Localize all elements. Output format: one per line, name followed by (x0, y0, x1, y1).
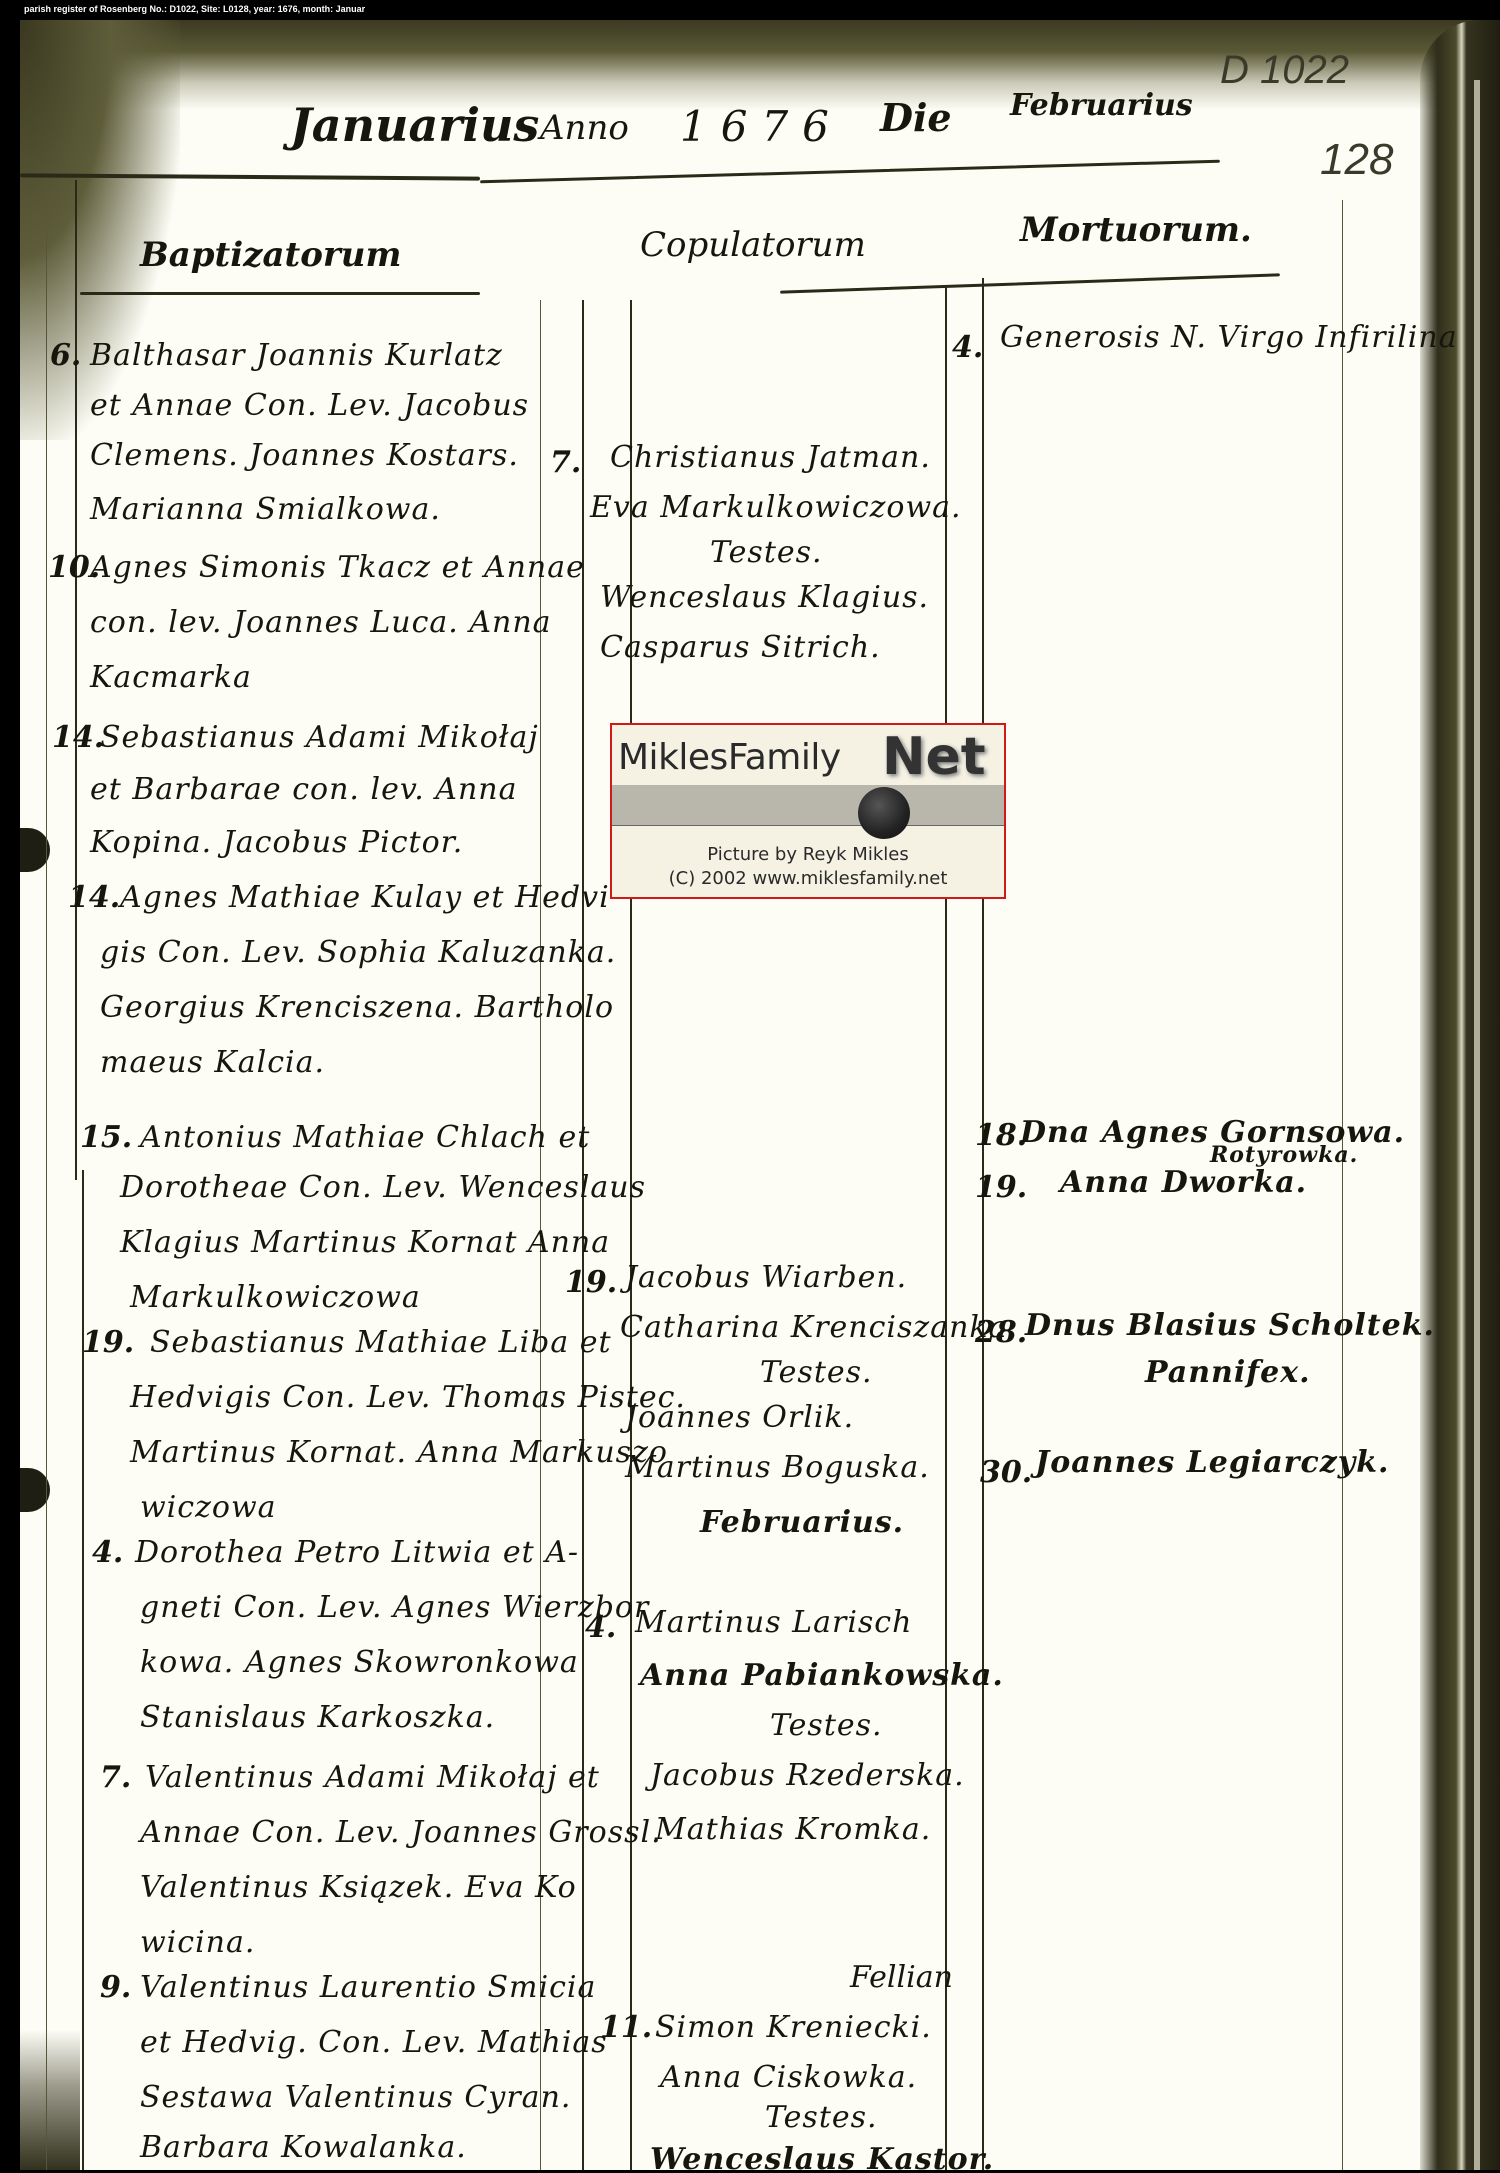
correction-note: Fellian (850, 1960, 953, 1995)
binding-highlight (1474, 80, 1480, 2170)
entry-line: et Barbarae con. lev. Anna (90, 772, 517, 807)
entry-line: Kacmarka (90, 660, 252, 695)
entry-line: gneti Con. Lev. Agnes Wierzbor (140, 1590, 649, 1625)
entry-line: Balthasar Joannis Kurlatz (90, 338, 503, 373)
entry-line: Valentinus Adami Mikołaj et (145, 1760, 600, 1795)
entry-line: Sestawa Valentinus Cyran. (140, 2080, 571, 2115)
entry-line: Kopina. Jacobus Pictor. (90, 825, 463, 860)
entry-day: 28. (975, 1315, 1027, 1350)
entry-line: Georgius Krenciszena. Bartholo (100, 990, 614, 1025)
entry-line: Markulkowiczowa (130, 1280, 421, 1315)
entry-line: wiczowa (140, 1490, 277, 1525)
entry-line: Agnes Mathiae Kulay et Hedvi (120, 880, 610, 915)
entry-line: Dnus Blasius Scholtek. (1025, 1308, 1435, 1343)
column-divider (1342, 200, 1343, 2170)
column-rule (80, 292, 480, 295)
archive-code: D 1022 (1220, 48, 1349, 93)
watermark-credit-line2: (C) 2002 www.miklesfamily.net (612, 867, 1004, 891)
column-rule (780, 273, 1280, 293)
entry-line: Generosis N. Virgo Infirilina (1000, 320, 1458, 355)
entry-line: Joannes Orlik. (625, 1400, 854, 1435)
entry-line: maeus Kalcia. (100, 1045, 325, 1080)
entry-line: Stanislaus Karkoszka. (140, 1700, 495, 1735)
entry-line: Clemens. Joannes Kostars. (90, 438, 519, 473)
entry-line: Testes. (765, 2100, 878, 2135)
column-divider (982, 278, 984, 2170)
entry-day: 19. (565, 1265, 617, 1300)
header-month: Januarius (290, 98, 539, 152)
page-number: 128 (1320, 135, 1393, 185)
entry-line: Pannifex. (1145, 1355, 1311, 1390)
entry-line: Antonius Mathiae Chlach et (140, 1120, 590, 1155)
margin-line (75, 180, 77, 1180)
entry-line: Christianus Jatman. (610, 440, 931, 475)
page-corner-shadow-bottom (20, 2030, 80, 2170)
entry-line: con. lev. Joannes Luca. Anna (90, 605, 552, 640)
column-header-deaths: Mortuorum. (1020, 210, 1252, 250)
copyright-watermark: MiklesFamily Net Picture by Reyk Mikles … (610, 723, 1006, 899)
entry-day: 15. (80, 1120, 132, 1155)
entry-line: Joannes Legiarczyk. (1035, 1445, 1389, 1480)
entry-line: Testes. (770, 1708, 883, 1743)
register-page: Januarius Anno 1676 Die Februarius D 102… (20, 20, 1500, 2170)
entry-day: 7. (100, 1760, 131, 1795)
entry-day: 6. (50, 338, 81, 373)
entry-day: 4. (952, 330, 983, 365)
watermark-credit-line1: Picture by Reyk Mikles (612, 843, 1004, 867)
column-header-marriages: Copulatorum (640, 225, 866, 265)
margin-line (46, 180, 47, 2170)
header-year: 1676 (680, 102, 843, 151)
entry-day: 14. (52, 720, 104, 755)
entry-line: Anna Dworka. (1060, 1165, 1307, 1200)
entry-day: 4. (585, 1610, 616, 1645)
section-heading-februarius: Februarius. (700, 1505, 904, 1540)
entry-line: Klagius Martinus Kornat Anna (120, 1225, 610, 1260)
entry-line: Annae Con. Lev. Joannes Grossl. (140, 1815, 662, 1850)
entry-line: Eva Markulkowiczowa. (590, 490, 962, 525)
column-header-baptisms: Baptizatorum (140, 235, 402, 275)
entry-day: 19. (975, 1170, 1027, 1205)
entry-day: 4. (92, 1535, 123, 1570)
header-die: Die (880, 95, 952, 140)
entry-line: Barbara Kowalanka. (140, 2130, 467, 2165)
header-anno: Anno (540, 108, 629, 148)
entry-line: kowa. Agnes Skowronkowa (140, 1645, 579, 1680)
entry-line: et Annae Con. Lev. Jacobus (90, 388, 529, 423)
entry-line: Marianna Smialkowa. (90, 492, 441, 527)
watermark-credit: Picture by Reyk Mikles (C) 2002 www.mikl… (612, 843, 1004, 891)
entry-line: gis Con. Lev. Sophia Kaluzanka. (100, 935, 616, 970)
entry-line: Agnes Simonis Tkacz et Annae (90, 550, 585, 585)
entry-line: Dorotheae Con. Lev. Wenceslaus (120, 1170, 646, 1205)
entry-line: Dorothea Petro Litwia et A- (135, 1535, 579, 1570)
entry-line: Martinus Kornat. Anna Markuszo (130, 1435, 668, 1470)
watermark-band (612, 785, 1004, 826)
entry-line: Mathias Kromka. (655, 1812, 931, 1847)
entry-line: Martinus Larisch (635, 1605, 912, 1640)
entry-line: Anna Ciskowka. (660, 2060, 917, 2095)
entry-line: Jacobus Wiarben. (625, 1260, 907, 1295)
entry-line: Wenceslaus Klagius. (600, 580, 929, 615)
entry-line: Sebastianus Mathiae Liba et (150, 1325, 612, 1360)
header-next-month: Februarius (1010, 88, 1193, 123)
entry-day: 14. (68, 880, 120, 915)
entry-line: Hedvigis Con. Lev. Thomas Pistec. (130, 1380, 686, 1415)
entry-day: 7. (550, 445, 581, 480)
entry-line: Testes. (710, 535, 823, 570)
entry-line: Martinus Boguska. (625, 1450, 930, 1485)
column-divider (945, 285, 947, 2170)
watermark-brand: MiklesFamily (618, 737, 841, 778)
entry-line: Sebastianus Adami Mikołaj (100, 720, 539, 755)
entry-day: 19. (82, 1325, 134, 1360)
entry-day: 30. (980, 1455, 1032, 1490)
entry-line: et Hedvig. Con. Lev. Mathias (140, 2025, 608, 2060)
entry-line: Valentinus Ksiązek. Eva Ko (140, 1870, 577, 1905)
header-rule (480, 160, 1220, 184)
entry-day: 9. (100, 1970, 131, 2005)
entry-line: Catharina Krenciszanka. (620, 1310, 1018, 1345)
entry-line: Casparus Sitrich. (600, 630, 881, 665)
entry-line: Jacobus Rzederska. (650, 1758, 965, 1793)
entry-line: Testes. (760, 1355, 873, 1390)
watermark-dot-icon (858, 787, 910, 839)
margin-line (82, 1170, 84, 2170)
entry-line: Simon Kreniecki. (655, 2010, 932, 2045)
entry-line: Valentinus Laurentio Smicia (140, 1970, 596, 2005)
image-caption: parish register of Rosenberg No.: D1022,… (0, 0, 1500, 20)
entry-day: 11. (600, 2010, 652, 2045)
entry-line: wicina. (140, 1925, 255, 1960)
entry-line: Wenceslaus Kastor. (650, 2142, 994, 2170)
watermark-brand-suffix: Net (882, 727, 986, 787)
entry-line: Anna Pabiankowska. (640, 1658, 1004, 1693)
page-corner-shadow (20, 20, 180, 440)
